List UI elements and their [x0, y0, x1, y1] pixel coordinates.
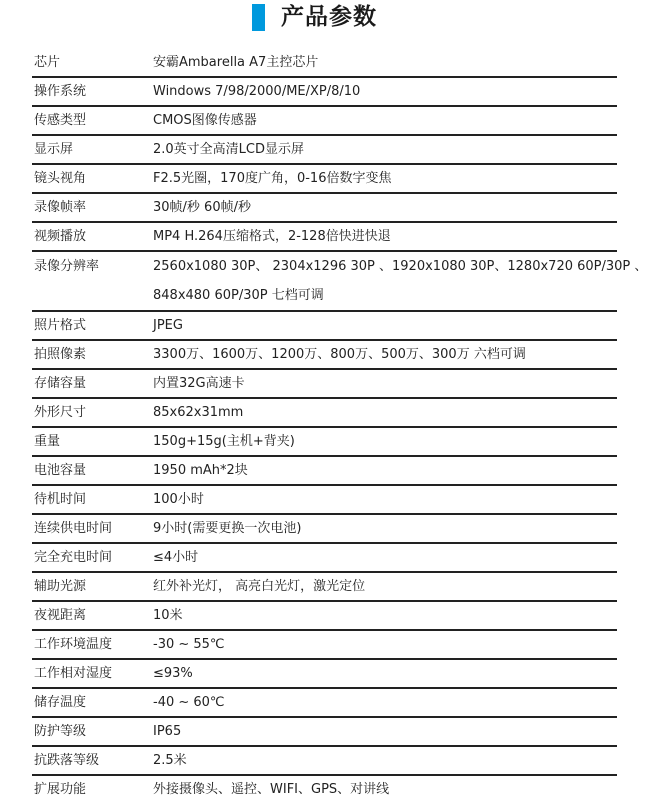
spec-value: 2.5米 [153, 747, 617, 774]
spec-row: 防护等级IP65 [32, 718, 617, 747]
spec-value: JPEG [153, 312, 617, 339]
spec-label: 电池容量 [32, 457, 153, 484]
spec-value-line: IP65 [153, 718, 617, 745]
spec-row: 储存温度-40 ~ 60℃ [32, 689, 617, 718]
spec-value-line: 1950 mAh*2块 [153, 457, 617, 484]
spec-value-line: 85x62x31mm [153, 399, 617, 426]
spec-label: 显示屏 [32, 136, 153, 163]
spec-row: 传感类型CMOS图像传感器 [32, 107, 617, 136]
spec-row: 扩展功能外接摄像头、遥控、WIFI、GPS、对讲线 [32, 776, 617, 805]
spec-label: 传感类型 [32, 107, 153, 134]
spec-value-line: 2560x1080 30P、 2304x1296 30P 、1920x1080 … [153, 252, 647, 281]
spec-row: 视频播放MP4 H.264压缩格式，2-128倍快进快退 [32, 223, 617, 252]
spec-value-line: Windows 7/98/2000/ME/XP/8/10 [153, 78, 617, 105]
spec-row: 录像分辨率2560x1080 30P、 2304x1296 30P 、1920x… [32, 252, 617, 312]
spec-label: 录像帧率 [32, 194, 153, 221]
spec-value: ≤93% [153, 660, 617, 687]
spec-label: 视频播放 [32, 223, 153, 250]
spec-label: 芯片 [32, 49, 153, 76]
spec-value-line: 150g+15g(主机+背夹) [153, 428, 617, 455]
spec-row: 工作相对湿度≤93% [32, 660, 617, 689]
spec-label: 待机时间 [32, 486, 153, 513]
spec-value-line: F2.5光圈，170度广角，0-16倍数字变焦 [153, 165, 617, 192]
spec-label: 重量 [32, 428, 153, 455]
spec-value-line: 9小时(需要更换一次电池) [153, 515, 617, 542]
spec-value: -40 ~ 60℃ [153, 689, 617, 716]
spec-row: 芯片安霸Ambarella A7主控芯片 [32, 49, 617, 78]
spec-value: Windows 7/98/2000/ME/XP/8/10 [153, 78, 617, 105]
spec-row: 外形尺寸85x62x31mm [32, 399, 617, 428]
spec-value: 30帧/秒 60帧/秒 [153, 194, 617, 221]
spec-label: 拍照像素 [32, 341, 153, 368]
page-title: 产品参数 [281, 4, 377, 31]
spec-value-line: JPEG [153, 312, 617, 339]
page-header: 产品参数 [252, 0, 377, 34]
spec-value: 2560x1080 30P、 2304x1296 30P 、1920x1080 … [153, 252, 647, 310]
spec-value: 内置32G高速卡 [153, 370, 617, 397]
spec-label: 照片格式 [32, 312, 153, 339]
spec-table: 芯片安霸Ambarella A7主控芯片操作系统Windows 7/98/200… [32, 49, 617, 805]
spec-value-line: 外接摄像头、遥控、WIFI、GPS、对讲线 [153, 776, 617, 803]
spec-value: CMOS图像传感器 [153, 107, 617, 134]
spec-value-line: 红外补光灯， 高亮白光灯，激光定位 [153, 573, 617, 600]
spec-value: 红外补光灯， 高亮白光灯，激光定位 [153, 573, 617, 600]
spec-row: 夜视距离10米 [32, 602, 617, 631]
spec-value-line: 2.0英寸全高清LCD显示屏 [153, 136, 617, 163]
spec-label: 存储容量 [32, 370, 153, 397]
spec-row: 拍照像素3300万、1600万、1200万、800万、500万、300万 六档可… [32, 341, 617, 370]
spec-row: 显示屏2.0英寸全高清LCD显示屏 [32, 136, 617, 165]
spec-value-line: 3300万、1600万、1200万、800万、500万、300万 六档可调 [153, 341, 617, 368]
spec-row: 抗跌落等级2.5米 [32, 747, 617, 776]
spec-label: 储存温度 [32, 689, 153, 716]
spec-row: 镜头视角F2.5光圈，170度广角，0-16倍数字变焦 [32, 165, 617, 194]
spec-row: 照片格式JPEG [32, 312, 617, 341]
spec-row: 电池容量1950 mAh*2块 [32, 457, 617, 486]
spec-value: IP65 [153, 718, 617, 745]
spec-value: 100小时 [153, 486, 617, 513]
spec-row: 完全充电时间≤4小时 [32, 544, 617, 573]
spec-value: 1950 mAh*2块 [153, 457, 617, 484]
spec-value-line: ≤4小时 [153, 544, 617, 571]
spec-label: 操作系统 [32, 78, 153, 105]
spec-value: 2.0英寸全高清LCD显示屏 [153, 136, 617, 163]
spec-value-line: 2.5米 [153, 747, 617, 774]
spec-row: 存储容量内置32G高速卡 [32, 370, 617, 399]
spec-label: 录像分辨率 [32, 252, 153, 310]
spec-label: 工作相对湿度 [32, 660, 153, 687]
spec-value-line: 内置32G高速卡 [153, 370, 617, 397]
title-accent-bar [252, 4, 265, 31]
spec-label: 工作环境温度 [32, 631, 153, 658]
spec-value-line: 100小时 [153, 486, 617, 513]
spec-value-line: -30 ~ 55℃ [153, 631, 617, 658]
spec-row: 连续供电时间9小时(需要更换一次电池) [32, 515, 617, 544]
spec-value: 150g+15g(主机+背夹) [153, 428, 617, 455]
spec-value-line: MP4 H.264压缩格式，2-128倍快进快退 [153, 223, 617, 250]
spec-row: 录像帧率30帧/秒 60帧/秒 [32, 194, 617, 223]
spec-row: 重量150g+15g(主机+背夹) [32, 428, 617, 457]
spec-value-line: 30帧/秒 60帧/秒 [153, 194, 617, 221]
spec-value: -30 ~ 55℃ [153, 631, 617, 658]
spec-row: 操作系统Windows 7/98/2000/ME/XP/8/10 [32, 78, 617, 107]
spec-value-line: 安霸Ambarella A7主控芯片 [153, 49, 617, 76]
spec-value: 85x62x31mm [153, 399, 617, 426]
spec-row: 工作环境温度-30 ~ 55℃ [32, 631, 617, 660]
spec-label: 镜头视角 [32, 165, 153, 192]
spec-label: 扩展功能 [32, 776, 153, 805]
spec-value: 9小时(需要更换一次电池) [153, 515, 617, 542]
spec-label: 外形尺寸 [32, 399, 153, 426]
spec-value: F2.5光圈，170度广角，0-16倍数字变焦 [153, 165, 617, 192]
spec-value-line: ≤93% [153, 660, 617, 687]
spec-row: 辅助光源红外补光灯， 高亮白光灯，激光定位 [32, 573, 617, 602]
spec-label: 完全充电时间 [32, 544, 153, 571]
spec-value: 3300万、1600万、1200万、800万、500万、300万 六档可调 [153, 341, 617, 368]
spec-label: 抗跌落等级 [32, 747, 153, 774]
spec-row: 待机时间100小时 [32, 486, 617, 515]
spec-value: 10米 [153, 602, 617, 629]
spec-value-line: 10米 [153, 602, 617, 629]
spec-value: ≤4小时 [153, 544, 617, 571]
spec-value-line: -40 ~ 60℃ [153, 689, 617, 716]
spec-value-line: CMOS图像传感器 [153, 107, 617, 134]
spec-value-line: 848x480 60P/30P 七档可调 [153, 281, 647, 310]
spec-label: 连续供电时间 [32, 515, 153, 542]
spec-label: 防护等级 [32, 718, 153, 745]
spec-label: 辅助光源 [32, 573, 153, 600]
spec-value: 外接摄像头、遥控、WIFI、GPS、对讲线 [153, 776, 617, 805]
spec-value: 安霸Ambarella A7主控芯片 [153, 49, 617, 76]
spec-value: MP4 H.264压缩格式，2-128倍快进快退 [153, 223, 617, 250]
spec-label: 夜视距离 [32, 602, 153, 629]
